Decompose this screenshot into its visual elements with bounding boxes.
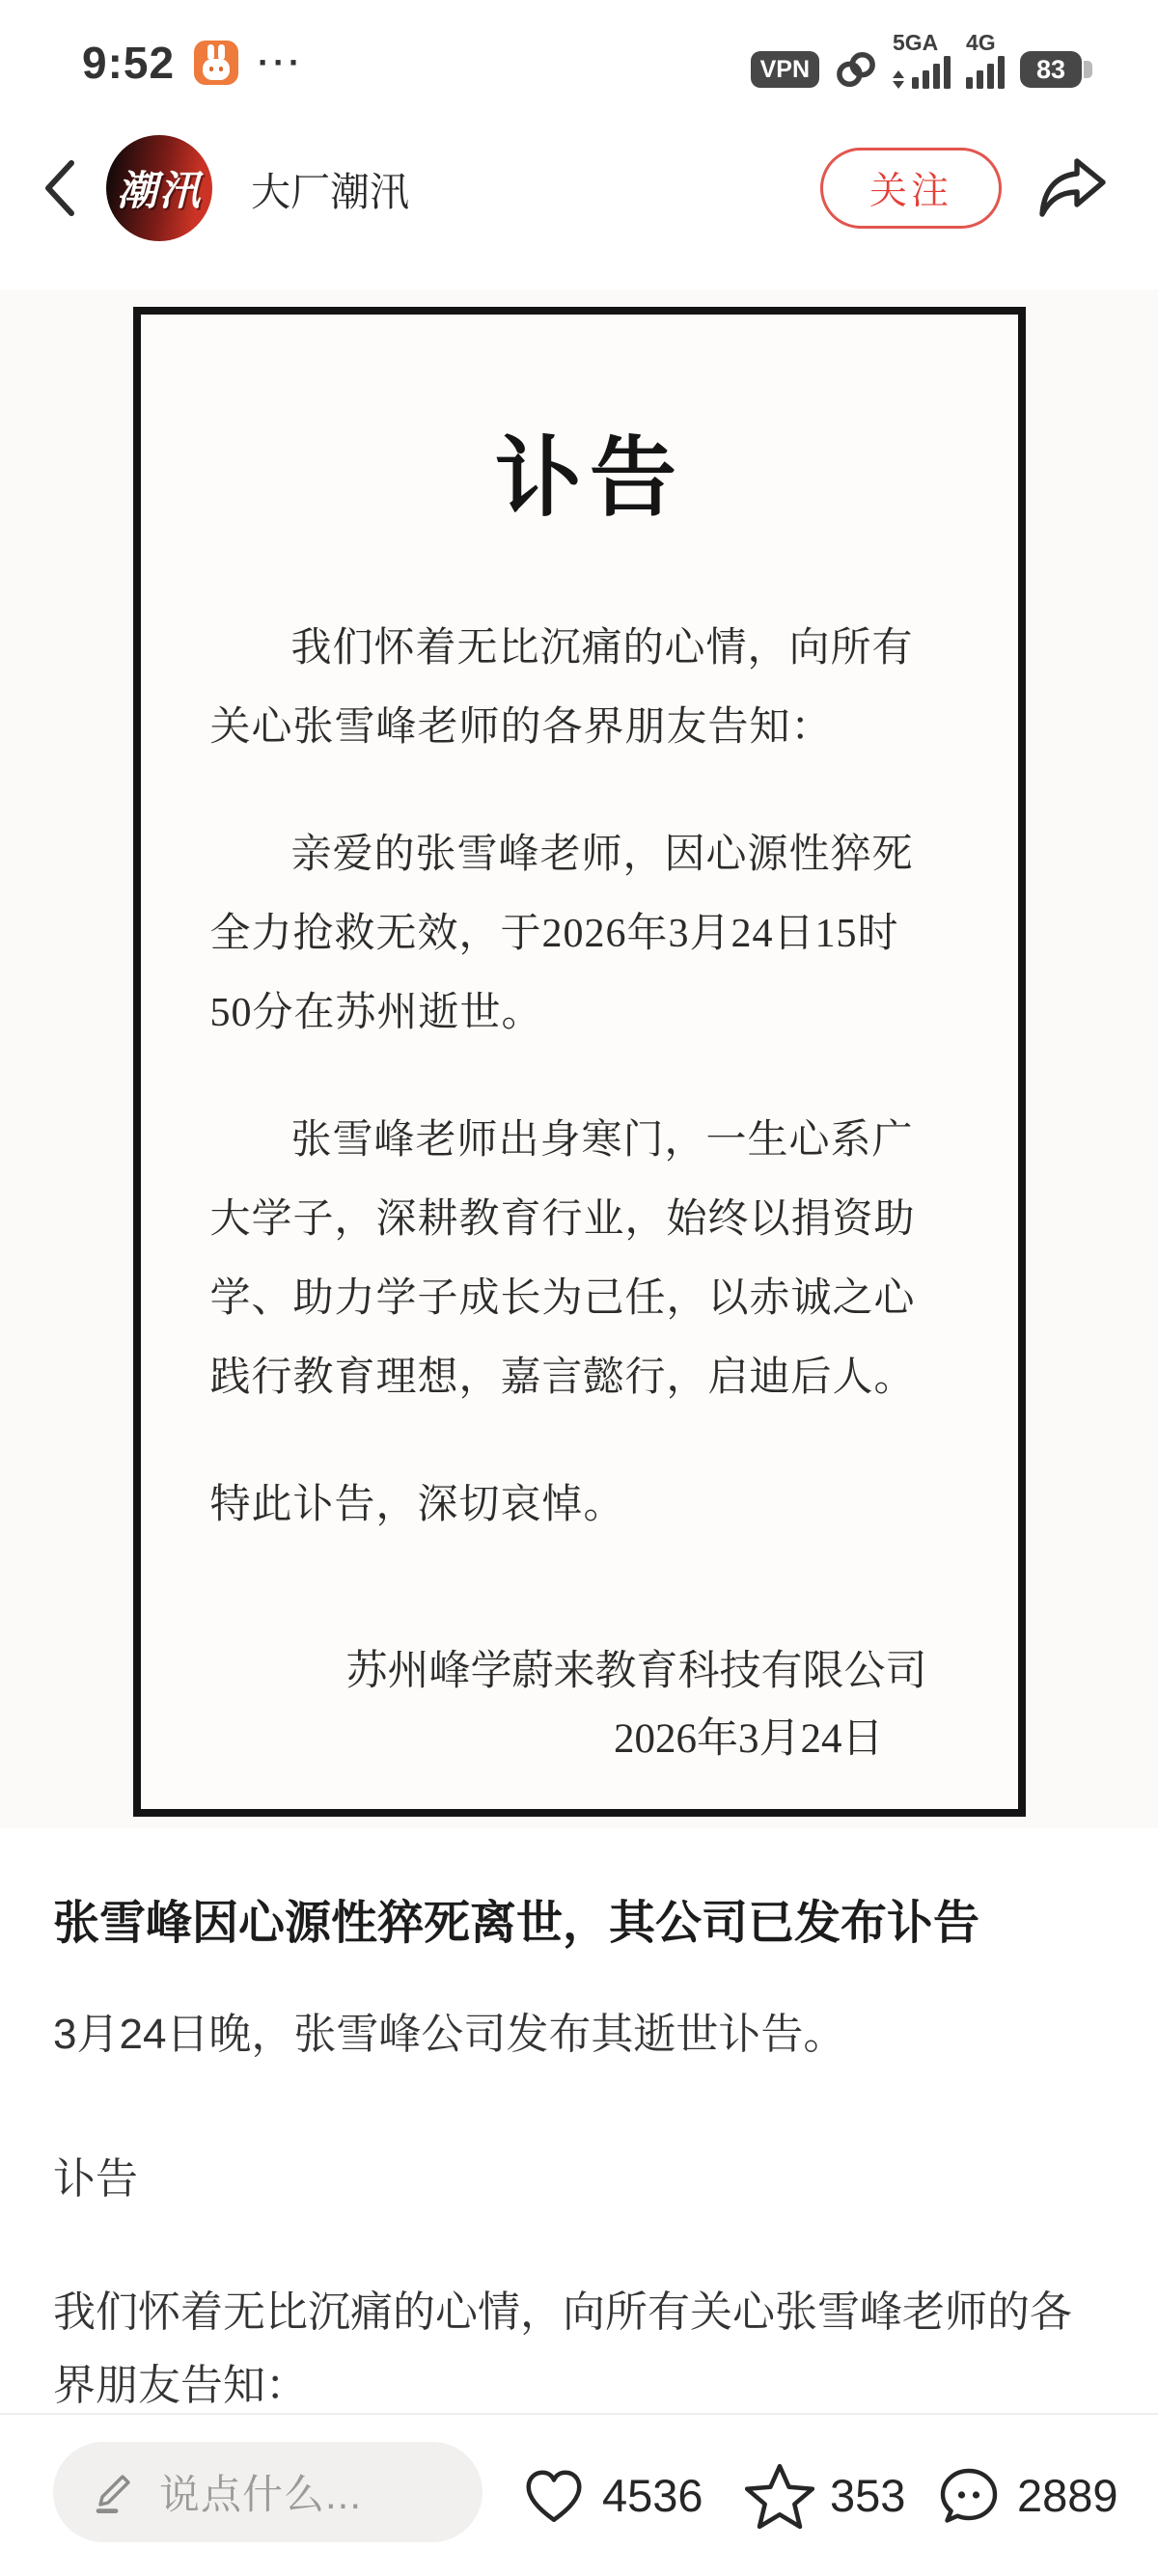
clock-time: 9:52: [82, 37, 175, 89]
back-button[interactable]: [39, 157, 81, 219]
signal-4g-icon: 4G: [966, 32, 1005, 89]
share-icon: [1034, 148, 1112, 229]
bunny-ear-icon: [207, 44, 214, 60]
post-paragraph: 讣告: [53, 2152, 1105, 2206]
comment-placeholder: 说点什么...: [159, 2463, 362, 2521]
avatar[interactable]: 潮汛: [106, 135, 212, 241]
obituary-title: 讣告: [210, 421, 970, 536]
comment-bubble-icon: [936, 2463, 1002, 2529]
status-bar: 9:52 ··· VPN 5GA: [0, 0, 1158, 96]
collect-star-icon: [745, 2461, 814, 2531]
follow-button[interactable]: 关注: [820, 148, 1002, 229]
obituary-line: 全力抢救无效，于2026年3月24日15时: [210, 894, 970, 973]
obituary-line: 我们怀着无比沉痛的心情，向所有: [210, 609, 970, 688]
edit-pencil-icon: [90, 2468, 138, 2516]
obituary-line: 关心张雪峰老师的各界朋友告知：: [210, 688, 970, 767]
bottom-action-bar: 说点什么... 4536 353 2889: [0, 2413, 1158, 2576]
obituary-line: 学、助力学子成长为己任，以赤诚之心: [210, 1259, 970, 1338]
collect-count: 353: [830, 2469, 905, 2522]
post-body: 张雪峰因心源性猝死离世，其公司已发布讣告 3月24日晚，张雪峰公司发布其逝世讣告…: [0, 1896, 1158, 2423]
comment-button[interactable]: 2889: [936, 2415, 1118, 2576]
comment-count: 2889: [1017, 2469, 1118, 2522]
status-menu-dots-icon: ···: [258, 42, 304, 83]
post-paragraph: 我们怀着无比沉痛的心情，向所有关心张雪峰老师的各 界朋友告知：: [53, 2276, 1105, 2423]
post-header: 潮汛 大厂潮汛 关注: [0, 96, 1158, 280]
collect-button[interactable]: 353: [745, 2415, 905, 2576]
obituary-line: 大学子，深耕教育行业，始终以捐资助: [210, 1180, 970, 1259]
status-bar-right: VPN 5GA 4G: [751, 32, 1092, 89]
post-title: 张雪峰因心源性猝死离世，其公司已发布讣告: [53, 1896, 1105, 1952]
vpn-icon: VPN: [751, 51, 819, 88]
obituary-paragraph: 张雪峰老师出身寒门，一生心系广 大学子，深耕教育行业，始终以捐资助 学、助力学子…: [210, 1101, 970, 1417]
updown-arrows-icon: [893, 70, 904, 89]
battery-icon: 83: [1020, 51, 1092, 88]
signal-5g-icon: 5GA: [893, 32, 951, 89]
obituary-frame: 讣告 我们怀着无比沉痛的心情，向所有 关心张雪峰老师的各界朋友告知： 亲爱的张雪…: [133, 307, 1026, 1817]
post-line: 界朋友告知：: [53, 2349, 1105, 2423]
bunny-app-icon: [194, 41, 238, 85]
obituary-line: 张雪峰老师出身寒门，一生心系广: [210, 1101, 970, 1180]
bunny-face-icon: [203, 59, 230, 80]
bunny-ear-icon: [218, 44, 225, 60]
like-button[interactable]: 4536: [521, 2415, 703, 2576]
obituary-company: 苏州峰学蔚来教育科技有限公司: [210, 1641, 970, 1703]
obituary-date: 2026年3月24日: [210, 1709, 970, 1770]
obituary-paragraph: 我们怀着无比沉痛的心情，向所有 关心张雪峰老师的各界朋友告知：: [210, 609, 970, 767]
post-line: 我们怀着无比沉痛的心情，向所有关心张雪峰老师的各: [53, 2276, 1105, 2349]
like-heart-icon: [521, 2463, 587, 2529]
comment-input[interactable]: 说点什么...: [53, 2442, 482, 2542]
obituary-closing: 特此讣告，深切哀悼。: [210, 1466, 970, 1545]
obituary-paragraph: 亲爱的张雪峰老师，因心源性猝死 全力抢救无效，于2026年3月24日15时 50…: [210, 815, 970, 1053]
post-image[interactable]: 讣告 我们怀着无比沉痛的心情，向所有 关心张雪峰老师的各界朋友告知： 亲爱的张雪…: [0, 289, 1158, 1828]
status-bar-left: 9:52 ···: [82, 37, 304, 89]
battery-percent: 83: [1020, 51, 1082, 88]
avatar-text: 潮汛: [117, 159, 202, 217]
like-count: 4536: [602, 2469, 703, 2522]
battery-nub: [1084, 61, 1092, 78]
share-button[interactable]: [1034, 148, 1112, 229]
post-paragraph: 3月24日晚，张雪峰公司发布其逝世讣告。: [53, 2008, 1105, 2062]
link-icon: [835, 50, 877, 89]
obituary-line: 50分在苏州逝世。: [210, 973, 970, 1053]
obituary-line: 亲爱的张雪峰老师，因心源性猝死: [210, 815, 970, 894]
obituary-line: 践行教育理想，嘉言懿行，启迪后人。: [210, 1338, 970, 1417]
username[interactable]: 大厂潮汛: [251, 160, 409, 217]
